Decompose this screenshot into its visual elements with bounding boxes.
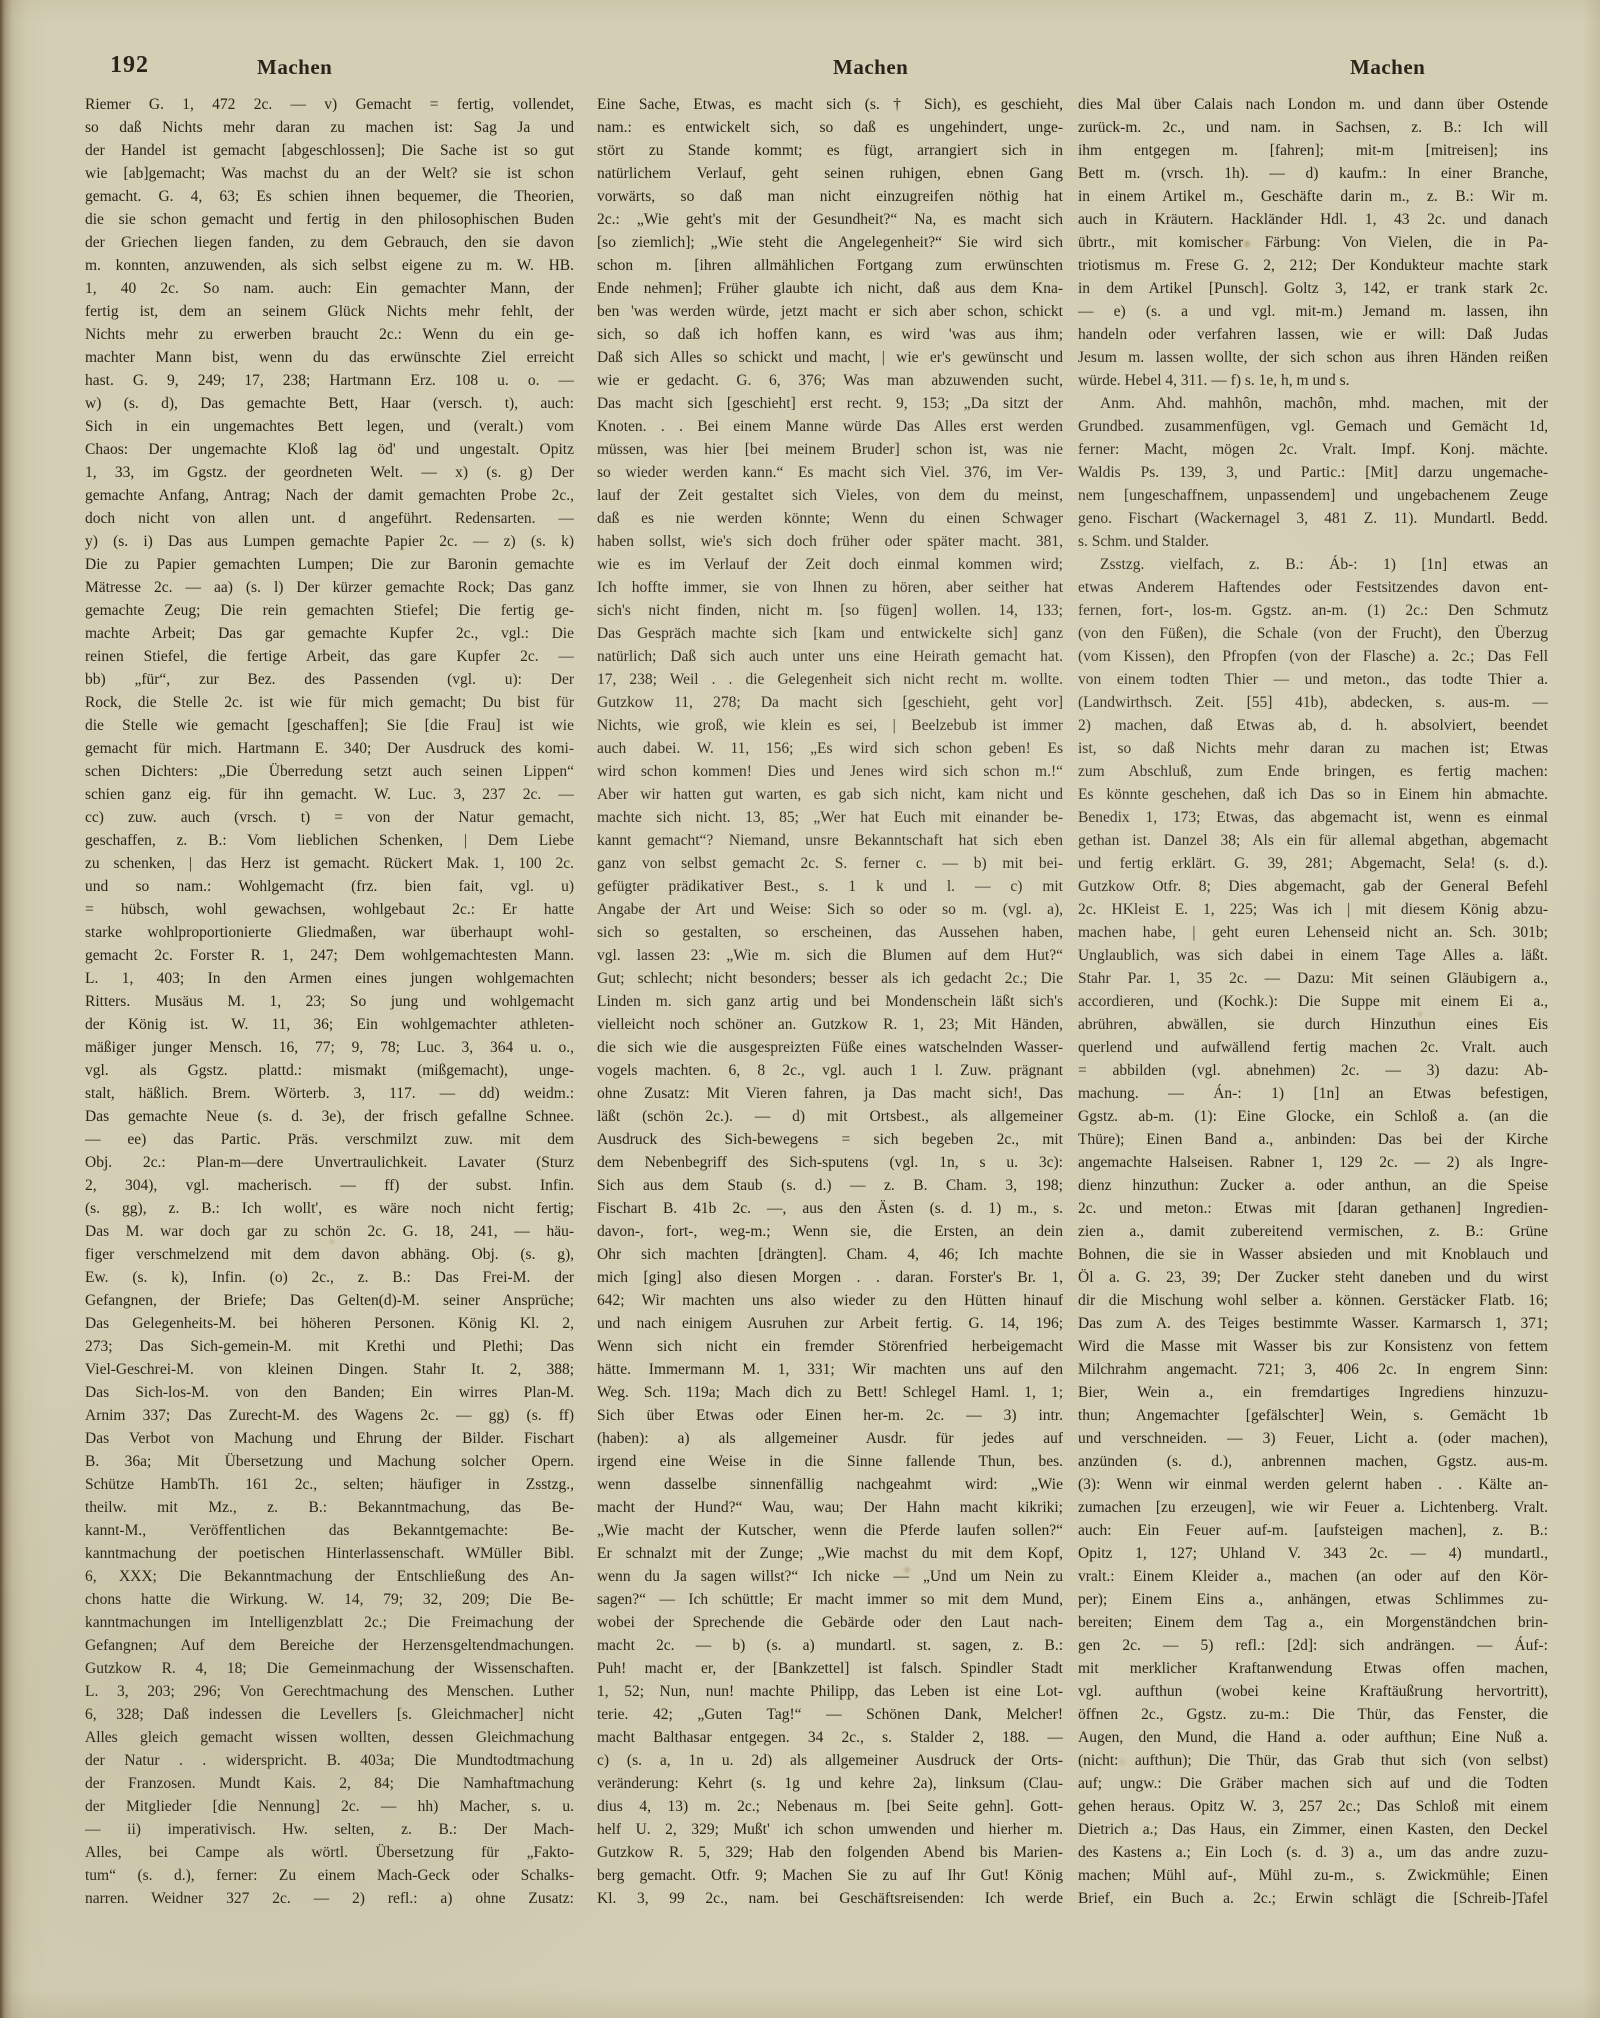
text-line: mich [ging] also diesen Morgen . . daran… bbox=[597, 1266, 1063, 1289]
text-line: — ii) imperativisch. Hw. selten, z. B.: … bbox=[85, 1818, 574, 1841]
running-title-column-3: Machen bbox=[1350, 55, 1425, 80]
text-line: Das Gespräch machte sich [kam und entwic… bbox=[597, 622, 1063, 645]
text-line: Puh! macht er, der [Bankzettel] ist fals… bbox=[597, 1657, 1063, 1680]
text-line: (nicht: aufthun); Die Thür, das Grab thu… bbox=[1078, 1749, 1548, 1772]
text-line: 6, XXX; Die Bekanntmachung der Entschlie… bbox=[85, 1565, 574, 1588]
text-line: gemachte Zeug; Die rein gemachten Stiefe… bbox=[85, 599, 574, 622]
text-line: Wenn sich nicht ein fremder Störenfried … bbox=[597, 1335, 1063, 1358]
text-line: cc) zuw. auch (vrsch. t) = von der Natur… bbox=[85, 806, 574, 829]
text-line: ihm entgegen m. [fahren]; mit-m [mitreis… bbox=[1078, 139, 1548, 162]
text-line: Arnim 337; Das Zurecht-M. des Wagens 2c.… bbox=[85, 1404, 574, 1427]
text-line: Brief, ein Buch a. 2c.; Erwin schlägt di… bbox=[1078, 1887, 1548, 1910]
text-line: zum Abschluß, zum Ende bringen, es ferti… bbox=[1078, 760, 1548, 783]
text-line: dem Nebenbegriff des Sich-sputens (vgl. … bbox=[597, 1151, 1063, 1174]
text-line: Benedix 1, 173; Etwas, das abgemacht ist… bbox=[1078, 806, 1548, 829]
text-line: wobei der Sprechende die Gebärde oder de… bbox=[597, 1611, 1063, 1634]
text-line: wenn du Ja sagen willst?“ Ich nicke — „U… bbox=[597, 1565, 1063, 1588]
text-line: und fertig erklärt. G. 39, 281; Abgemach… bbox=[1078, 852, 1548, 875]
text-line: per); Einem Eins a., anhängen, etwas Sch… bbox=[1078, 1588, 1548, 1611]
text-line: Daß sich Alles so schickt und macht, | w… bbox=[597, 346, 1063, 369]
text-column-1: Riemer G. 1, 472 2c. — v) Gemacht = fert… bbox=[85, 93, 574, 1910]
text-line: dius 4, 13) m. 2c.; Nebenaus m. [bei Sei… bbox=[597, 1795, 1063, 1818]
text-line: Waldis Ps. 139, 3, und Partic.: [Mit] da… bbox=[1078, 461, 1548, 484]
text-line: müssen, was hier [bei meinem Bruder] sch… bbox=[597, 438, 1063, 461]
text-line: Eine Sache, Etwas, es macht sich (s. † S… bbox=[597, 93, 1063, 116]
text-line: hätte. Immermann M. 1, 331; Wir machten … bbox=[597, 1358, 1063, 1381]
text-line: Gutzkow R. 5, 329; Hab den folgenden Abe… bbox=[597, 1841, 1063, 1864]
text-line: auch dabei. W. 11, 156; „Es wird sich sc… bbox=[597, 737, 1063, 760]
text-line: Ausdruck des Sich-bewegens = sich begebe… bbox=[597, 1128, 1063, 1151]
text-line: Ew. (s. k), Infin. (o) 2c., z. B.: Das F… bbox=[85, 1266, 574, 1289]
text-line: Milchrahm angemacht. 721; 3, 406 2c. In … bbox=[1078, 1358, 1548, 1381]
text-line: Ritters. Musäus M. 1, 23; So jung und wo… bbox=[85, 990, 574, 1013]
text-line: die sich wie die ausgespreizten Füße ein… bbox=[597, 1036, 1063, 1059]
text-line: würde. Hebel 4, 311. — f) s. 1e, h, m un… bbox=[1078, 369, 1548, 392]
text-line: = hübsch, wohl gewachsen, wohlgebaut 2c.… bbox=[85, 898, 574, 921]
text-line: wenn dasselbe sinnenfällig nachgeahmt wi… bbox=[597, 1473, 1063, 1496]
text-line: L. 3, 203; 296; Von Gerechtmachung des M… bbox=[85, 1680, 574, 1703]
text-line: auch: Ein Feuer auf-m. [aufsteigen mache… bbox=[1078, 1519, 1548, 1542]
text-line: Ggstz. ab-m. (1): Eine Glocke, ein Schlo… bbox=[1078, 1105, 1548, 1128]
text-line: schien ganz eig. für ihn gemacht. W. Luc… bbox=[85, 783, 574, 806]
text-line: öffnen 2c., Ggstz. zu-m.: Die Thür, das … bbox=[1078, 1703, 1548, 1726]
text-line: Kl. 3, 99 2c., nam. bei Geschäftsreisend… bbox=[597, 1887, 1063, 1910]
text-line: Aber wir hatten gut warten, es gab sich … bbox=[597, 783, 1063, 806]
text-line: daß es nie werden könnte; Wenn du einen … bbox=[597, 507, 1063, 530]
text-line: fernen, fort-, los-m. Ggstz. an-m. (1) 2… bbox=[1078, 599, 1548, 622]
text-line: die sie schon gemacht und fertig in den … bbox=[85, 208, 574, 231]
text-line: gemacht. G. 4, 63; Es schien ihnen beque… bbox=[85, 185, 574, 208]
text-line: gefügter prädikativer Best., s. 1 k und … bbox=[597, 875, 1063, 898]
text-line: der König ist. W. 11, 36; Ein wohlgemach… bbox=[85, 1013, 574, 1036]
text-line: irgend eine Weise in die Sinne fallende … bbox=[597, 1450, 1063, 1473]
text-line: Obj. 2c.: Plan-m—dere Unvertraulichkeit.… bbox=[85, 1151, 574, 1174]
text-line: Nichts mehr zu erwerben braucht 2c.: Wen… bbox=[85, 323, 574, 346]
text-line: (Landwirthsch. Zeit. [55] 41b), abdecken… bbox=[1078, 691, 1548, 714]
text-line: narren. Weidner 327 2c. — 2) refl.: a) o… bbox=[85, 1887, 574, 1910]
text-line: Schütze HambTh. 161 2c., selten; häufige… bbox=[85, 1473, 574, 1496]
text-line: Jesum m. lassen wollte, der sich schon a… bbox=[1078, 346, 1548, 369]
text-line: accordieren, und (Kochk.): Die Suppe mit… bbox=[1078, 990, 1548, 1013]
text-line: ganz von selbst gemacht 2c. S. ferner c.… bbox=[597, 852, 1063, 875]
text-line: (haben): a) als allgemeiner Ausdr. für j… bbox=[597, 1427, 1063, 1450]
text-line: auf; ungw.: Die Gräber machen sich auf u… bbox=[1078, 1772, 1548, 1795]
text-line: (vom Kissen), den Pfropfen (von der Flas… bbox=[1078, 645, 1548, 668]
text-line: nam.: es entwickelt sich, so daß es unge… bbox=[597, 116, 1063, 139]
text-line: dies Mal über Calais nach London m. und … bbox=[1078, 93, 1548, 116]
text-line: handeln oder verfahren lassen, wie er wi… bbox=[1078, 323, 1548, 346]
text-line: sich, so daß ich hoffen kann, es wird 'w… bbox=[597, 323, 1063, 346]
text-line: Gut; schlecht; nicht besonders; besser a… bbox=[597, 967, 1063, 990]
text-line: gen 2c. — 5) refl.: [2d]: sich andrängen… bbox=[1078, 1634, 1548, 1657]
text-line: haben sollst, wie's sich doch früher ode… bbox=[597, 530, 1063, 553]
text-line: 2) machen, daß Etwas ab, d. h. absolvier… bbox=[1078, 714, 1548, 737]
text-line: in dem Artikel [Punsch]. Goltz 3, 142, e… bbox=[1078, 277, 1548, 300]
text-line: thun; Angemachter [gefälschter] Wein, s.… bbox=[1078, 1404, 1548, 1427]
text-line: Opitz 1, 127; Uhland V. 343 2c. — 4) mun… bbox=[1078, 1542, 1548, 1565]
text-line: m. konnten, anzuwenden, als sich selbst … bbox=[85, 254, 574, 277]
text-line: Viel-Geschrei-M. von kleinen Dingen. Sta… bbox=[85, 1358, 574, 1381]
text-line: des Kastens a.; Ein Loch (s. d. 3) a., u… bbox=[1078, 1841, 1548, 1864]
text-line: zu schenken, | das Herz ist gemacht. Rüc… bbox=[85, 852, 574, 875]
text-line: und nach einigem Ausruhen zur Arbeit fer… bbox=[597, 1312, 1063, 1335]
text-line: y) (s. i) Das aus Lumpen gemachte Papier… bbox=[85, 530, 574, 553]
text-line: figer verschmelzend mit dem davon abhäng… bbox=[85, 1243, 574, 1266]
text-line: macht 2c. — b) (s. a) mundartl. st. sage… bbox=[597, 1634, 1063, 1657]
text-line: s. Schm. und Stalder. bbox=[1078, 530, 1548, 553]
text-line: Bohnen, die sie in Wasser absieden und m… bbox=[1078, 1243, 1548, 1266]
text-line: Chaos: Der ungemachte Kloß lag öd' und u… bbox=[85, 438, 574, 461]
text-line: und verschneiden. — 3) Feuer, Licht a. (… bbox=[1078, 1427, 1548, 1450]
text-line: Zsstzg. vielfach, z. B.: Áb-: 1) [1n] et… bbox=[1078, 553, 1548, 576]
text-line: machte Arbeit; Das gar gemachte Kupfer 2… bbox=[85, 622, 574, 645]
text-line: nem [ungeschaffnem, unpassendem] und ung… bbox=[1078, 484, 1548, 507]
text-line: kanntmachungen im Intelligenzblatt 2c.; … bbox=[85, 1611, 574, 1634]
text-line: machen habe, | geht euren Lehenseid nich… bbox=[1078, 921, 1548, 944]
text-line: davon-, fort-, weg-m.; Wenn sie, die Ers… bbox=[597, 1220, 1063, 1243]
text-line: vorwärts, so daß man nicht einzugreifen … bbox=[597, 185, 1063, 208]
text-line: — e) (s. a und vgl. mit-m.) Jemand m. la… bbox=[1078, 300, 1548, 323]
text-line: lauf der Zeit gestaltet sich Vieles, von… bbox=[597, 484, 1063, 507]
running-title-column-2: Machen bbox=[833, 55, 908, 80]
text-line: Öl a. G. 23, 39; Der Zucker steht danebe… bbox=[1078, 1266, 1548, 1289]
page-number: 192 bbox=[110, 52, 149, 79]
text-line: B. 36a; Mit Übersetzung und Machung solc… bbox=[85, 1450, 574, 1473]
text-line: der Handel ist gemacht [abgeschlossen]; … bbox=[85, 139, 574, 162]
text-line: Bett m. (vrsch. 1h). — d) kaufm.: In ein… bbox=[1078, 162, 1548, 185]
text-line: Sich über Etwas oder Einen her-m. 2c. — … bbox=[597, 1404, 1063, 1427]
text-line: vgl. lassen 23: „Wie m. sich die Blumen … bbox=[597, 944, 1063, 967]
text-line: chons hatte die Wirkung. W. 14, 79; 32, … bbox=[85, 1588, 574, 1611]
text-line: gehen heraus. Opitz W. 3, 257 2c.; Das S… bbox=[1078, 1795, 1548, 1818]
running-title-column-1: Machen bbox=[257, 55, 332, 80]
text-line: ist, so daß Nichts mehr daran zu machen … bbox=[1078, 737, 1548, 760]
text-line: Gutzkow 11, 278; Da macht sich [geschieh… bbox=[597, 691, 1063, 714]
text-line: fertig ist, dem an seinem Glück Nichts m… bbox=[85, 300, 574, 323]
text-line: [so ziemlich]; „Wie steht die Angelegenh… bbox=[597, 231, 1063, 254]
text-line: Anm. Ahd. mahhôn, machôn, mhd. machen, m… bbox=[1078, 392, 1548, 415]
text-line: Die zu Papier gemachten Lumpen; Die zur … bbox=[85, 553, 574, 576]
text-line: wird schon kommen! Dies und Jenes wird s… bbox=[597, 760, 1063, 783]
text-line: der Mitglieder [die Nennung] 2c. — hh) M… bbox=[85, 1795, 574, 1818]
text-line: Stahr Par. 1, 35 2c. — Dazu: Mit seinen … bbox=[1078, 967, 1548, 990]
text-line: wie er gedacht. G. 6, 376; Was man abzuw… bbox=[597, 369, 1063, 392]
text-line: der Griechen liegen fanden, zu dem Gebra… bbox=[85, 231, 574, 254]
text-line: vralt.: Einem Kleider a., machen (an ode… bbox=[1078, 1565, 1548, 1588]
text-line: Das gemachte Neue (s. d. 3e), der frisch… bbox=[85, 1105, 574, 1128]
text-line: (s. gg), z. B.: Ich wollt', es wäre noch… bbox=[85, 1197, 574, 1220]
text-line: abrühren, abwällen, sie durch Hinzuthun … bbox=[1078, 1013, 1548, 1036]
text-line: Knoten. . . Bei einem Manne würde Das Al… bbox=[597, 415, 1063, 438]
text-line: Es könnte geschehen, daß ich Das so in E… bbox=[1078, 783, 1548, 806]
text-line: so daß Nichts mehr daran zu machen ist: … bbox=[85, 116, 574, 139]
text-line: Dietrich a.; Das Haus, ein Zimmer, einen… bbox=[1078, 1818, 1548, 1841]
text-line: Ich hoffte immer, sie von Ihnen zu hören… bbox=[597, 576, 1063, 599]
text-line: Das M. war doch gar zu schön 2c. G. 18, … bbox=[85, 1220, 574, 1243]
text-line: Alles gleich gemacht wissen wollten, des… bbox=[85, 1726, 574, 1749]
text-line: 2, 304), vgl. macherisch. — ff) der subs… bbox=[85, 1174, 574, 1197]
text-line: 2c. HKleist E. 1, 225; Was ich | mit die… bbox=[1078, 898, 1548, 921]
text-line: triotismus m. Frese G. 2, 212; Der Kondu… bbox=[1078, 254, 1548, 277]
text-line: ferner: Macht, mögen 2c. Vralt. Impf. Ko… bbox=[1078, 438, 1548, 461]
text-line: tum“ (s. d.), ferner: Zu einem Mach-Geck… bbox=[85, 1864, 574, 1887]
text-line: angemachte Halseisen. Rabner 1, 129 2c. … bbox=[1078, 1151, 1548, 1174]
text-line: Das zum A. des Teiges bestimmte Wasser. … bbox=[1078, 1312, 1548, 1335]
text-line: macht Balthasar entgegen. 34 2c., s. Sta… bbox=[597, 1726, 1063, 1749]
text-line: geschaffen, z. B.: Vom lieblichen Schenk… bbox=[85, 829, 574, 852]
text-line: w) (s. d), Das gemachte Bett, Haar (vers… bbox=[85, 392, 574, 415]
text-line: 273; Das Sich-gemein-M. mit Krethi und P… bbox=[85, 1335, 574, 1358]
text-line: helf U. 2, 329; Mußt' ich schon umwenden… bbox=[597, 1818, 1063, 1841]
text-column-3: dies Mal über Calais nach London m. und … bbox=[1078, 93, 1548, 1910]
text-line: „Wie macht der Kutscher, wenn die Pferde… bbox=[597, 1519, 1063, 1542]
text-line: 2c. und meton.: Etwas mit [daran gethane… bbox=[1078, 1197, 1548, 1220]
text-line: 1, 33, im Ggstz. der geordneten Welt. — … bbox=[85, 461, 574, 484]
text-line: Das Sich-los-M. von den Banden; Ein wirr… bbox=[85, 1381, 574, 1404]
text-line: Thüre); Einen Band a., anbinden: Das bei… bbox=[1078, 1128, 1548, 1151]
text-line: gethan ist. Danzel 38; Als ein für allem… bbox=[1078, 829, 1548, 852]
text-line: Weg. Sch. 119a; Mach dich zu Bett! Schle… bbox=[597, 1381, 1063, 1404]
text-line: 6, 328; Daß indessen die Levellers [s. G… bbox=[85, 1703, 574, 1726]
text-line: machte sich nicht. 13, 85; „Wer hat Euch… bbox=[597, 806, 1063, 829]
text-line: Ende nehmen]; Früher glaubte ich nicht, … bbox=[597, 277, 1063, 300]
text-line: hast. G. 9, 249; 17, 238; Hartmann Erz. … bbox=[85, 369, 574, 392]
text-line: in einem Artikel m., Geschäfte darin m.,… bbox=[1078, 185, 1548, 208]
text-line: L. 1, 403; In den Armen eines jungen woh… bbox=[85, 967, 574, 990]
text-line: (von den Füßen), die Schale (von der Fru… bbox=[1078, 622, 1548, 645]
text-line: ben 'was werden würde, jetzt macht er si… bbox=[597, 300, 1063, 323]
text-line: bb) „für“, zur Bez. des Passenden (vgl. … bbox=[85, 668, 574, 691]
text-line: querlend und aufwällend fertig machen 2c… bbox=[1078, 1036, 1548, 1059]
text-line: sich's nicht finden, nicht m. [so fügen]… bbox=[597, 599, 1063, 622]
text-line: kanntmachung der poetischen Hinterlassen… bbox=[85, 1542, 574, 1565]
text-line: schon m. [ihren allmählichen Fortgang zu… bbox=[597, 254, 1063, 277]
text-line: so wieder werden kann.“ Es macht sich Vi… bbox=[597, 461, 1063, 484]
text-line: machter Mann bist, wenn du das erwünscht… bbox=[85, 346, 574, 369]
text-line: zurück-m. 2c., und nam. in Sachsen, z. B… bbox=[1078, 116, 1548, 139]
text-line: Augen, den Mund, die Hand a. oder aufthu… bbox=[1078, 1726, 1548, 1749]
text-line: Fischart B. 41b 2c. —, aus den Ästen (s.… bbox=[597, 1197, 1063, 1220]
text-line: vgl. als Ggstz. plattd.: mismakt (mißgem… bbox=[85, 1059, 574, 1082]
text-line: kannt gemacht“? Niemand, unsre Bekanntsc… bbox=[597, 829, 1063, 852]
text-line: bereiten; Einem dem Tag a., ein Morgenst… bbox=[1078, 1611, 1548, 1634]
text-line: wie [ab]gemacht; Was machst du an der We… bbox=[85, 162, 574, 185]
text-line: Sich aus dem Staub (s. d.) — z. B. Cham.… bbox=[597, 1174, 1063, 1197]
text-line: Gutzkow R. 4, 18; Die Gemeinmachung der … bbox=[85, 1657, 574, 1680]
text-line: dienz hinzuthun: Zucker a. oder anthun, … bbox=[1078, 1174, 1548, 1197]
text-line: veränderung: Kehrt (s. 1g und kehre 2a),… bbox=[597, 1772, 1063, 1795]
text-line: Alles, bei Campe als wörtl. Übersetzung … bbox=[85, 1841, 574, 1864]
text-line: 1, 40 2c. So nam. auch: Ein gemachter Ma… bbox=[85, 277, 574, 300]
text-line: von einem todten Thier — und meton., das… bbox=[1078, 668, 1548, 691]
text-line: stört zu Stande kommt; es fügt, arrangie… bbox=[597, 139, 1063, 162]
text-line: Ohr sich machten [drängten]. Cham. 4, 46… bbox=[597, 1243, 1063, 1266]
text-line: Gutzkow Otfr. 8; Dies abgemacht, gab der… bbox=[1078, 875, 1548, 898]
text-line: berg gemacht. Otfr. 9; Machen Sie zu auf… bbox=[597, 1864, 1063, 1887]
text-line: etwas Anderem Haftendes oder Festsitzend… bbox=[1078, 576, 1548, 599]
text-line: der Natur . . widerspricht. B. 403a; Die… bbox=[85, 1749, 574, 1772]
text-line: Wird die Masse mit Wasser bis zur Konsis… bbox=[1078, 1335, 1548, 1358]
text-line: die Stelle wie gemacht [geschaffen]; Sie… bbox=[85, 714, 574, 737]
text-line: starke wohlproportionierte Gliedmaßen, w… bbox=[85, 921, 574, 944]
text-line: anzünden (s. d.), anbrennen machen, Ggst… bbox=[1078, 1450, 1548, 1473]
dictionary-page-scan: 192 Machen Machen Machen Riemer G. 1, 47… bbox=[0, 0, 1600, 2018]
text-line: sagen?“ — Ich schüttle; Er macht immer s… bbox=[597, 1588, 1063, 1611]
text-line: wie es im Verlauf der Zeit doch einmal k… bbox=[597, 553, 1063, 576]
text-line: Das Verbot von Machung und Ehrung der Bi… bbox=[85, 1427, 574, 1450]
text-line: zumachen [zu erzeugen], wie wir Feuer a.… bbox=[1078, 1496, 1548, 1519]
text-line: doch nicht von allen unt. d angeführt. R… bbox=[85, 507, 574, 530]
text-line: natürlich; Daß sich auch unter uns eine … bbox=[597, 645, 1063, 668]
text-line: — ee) das Partic. Präs. verschmilzt zuw.… bbox=[85, 1128, 574, 1151]
text-line: gemacht für mich. Hartmann E. 340; Der A… bbox=[85, 737, 574, 760]
text-line: Er schnalzt mit der Zunge; „Wie machst d… bbox=[597, 1542, 1063, 1565]
text-column-2: Eine Sache, Etwas, es macht sich (s. † S… bbox=[597, 93, 1063, 1910]
text-line: mit merklicher Kraftanwendung Etwas offe… bbox=[1078, 1657, 1548, 1680]
text-line: Angabe der Art und Weise: Sich so oder s… bbox=[597, 898, 1063, 921]
text-line: ohne Zusatz: Mit Vieren fahren, ja Das m… bbox=[597, 1082, 1063, 1105]
text-line: Grundbed. zusammenfügen, vgl. Gemach und… bbox=[1078, 415, 1548, 438]
text-line: = abbilden (vgl. abnehmen) 2c. — 3) dazu… bbox=[1078, 1059, 1548, 1082]
text-line: macht der Hund?“ Wau, wau; Der Hahn mach… bbox=[597, 1496, 1063, 1519]
text-line: Linden m. sich ganz artig und bei Monden… bbox=[597, 990, 1063, 1013]
text-line: 642; Wir machten uns also wieder zu den … bbox=[597, 1289, 1063, 1312]
text-line: vgl. aufthun (wobei keine Kraftäußrung h… bbox=[1078, 1680, 1548, 1703]
text-line: sich so gestalten, so erscheinen, das Au… bbox=[597, 921, 1063, 944]
text-line: stalt, häßlich. Brem. Wörterb. 3, 117. —… bbox=[85, 1082, 574, 1105]
text-line: Nichts, wie groß, wie klein es sei, | Be… bbox=[597, 714, 1063, 737]
text-line: Sich in ein ungemachtes Bett legen, und … bbox=[85, 415, 574, 438]
text-line: Unglaublich, was sich dabei in einem Tag… bbox=[1078, 944, 1548, 967]
text-line: Riemer G. 1, 472 2c. — v) Gemacht = fert… bbox=[85, 93, 574, 116]
text-line: Das macht sich [geschieht] erst recht. 9… bbox=[597, 392, 1063, 415]
text-line: mäßiger junger Mensch. 16, 77; 9, 78; Lu… bbox=[85, 1036, 574, 1059]
text-line: (3): Wenn wir einmal werden gelernt habe… bbox=[1078, 1473, 1548, 1496]
text-line: 1, 52; Nun, nun! machte Philipp, das Leb… bbox=[597, 1680, 1063, 1703]
text-line: Bier, Wein a., ein fremdartiges Ingredie… bbox=[1078, 1381, 1548, 1404]
text-line: geno. Fischart (Wackernagel 3, 481 Z. 11… bbox=[1078, 507, 1548, 530]
text-line: theilw. mit Mz., z. B.: Bekanntmachung, … bbox=[85, 1496, 574, 1519]
text-line: läßt (schön 2c.). — d) mit Ortsbest., al… bbox=[597, 1105, 1063, 1128]
text-line: Gefangnen, der Briefe; Das Gelten(d)-M. … bbox=[85, 1289, 574, 1312]
text-line: Mätresse 2c. — aa) (s. l) Der kürzer gem… bbox=[85, 576, 574, 599]
text-line: c) (s. a, 1n u. 2d) als allgemeiner Ausd… bbox=[597, 1749, 1063, 1772]
text-line: Das Gelegenheits-M. bei höheren Personen… bbox=[85, 1312, 574, 1335]
text-line: schen Dichters: „Die Überredung setzt au… bbox=[85, 760, 574, 783]
text-line: Gefangnen; Auf dem Bereiche der Herzensg… bbox=[85, 1634, 574, 1657]
text-line: kannt-M., Veröffentlichen das Bekanntgem… bbox=[85, 1519, 574, 1542]
text-line: vielleicht noch schöner an. Gutzkow R. 1… bbox=[597, 1013, 1063, 1036]
text-line: übrtr., mit komischer Färbung: Von Viele… bbox=[1078, 231, 1548, 254]
text-line: 2c.: „Wie geht's mit der Gesundheit?“ Na… bbox=[597, 208, 1063, 231]
text-line: gemachte Anfang, Antrag; Nach der damit … bbox=[85, 484, 574, 507]
text-line: machung. — Án-: 1) [1n] an Etwas befesti… bbox=[1078, 1082, 1548, 1105]
text-line: gemacht 2c. Forster R. 1, 247; Dem wohlg… bbox=[85, 944, 574, 967]
text-line: vogels machten. 6, 8 2c., vgl. auch 1 l.… bbox=[597, 1059, 1063, 1082]
text-line: 17, 238; Weil . . die Gelegenheit sich n… bbox=[597, 668, 1063, 691]
text-line: zien a., damit zubereitend vermischen, z… bbox=[1078, 1220, 1548, 1243]
text-line: dir die Mischung wohl selber a. können. … bbox=[1078, 1289, 1548, 1312]
text-line: machen; Mühl auf-, Mühl zu-m., s. Zwickm… bbox=[1078, 1864, 1548, 1887]
text-line: der Franzosen. Mundt Kais. 2, 84; Die Na… bbox=[85, 1772, 574, 1795]
text-line: terie. 42; „Guten Tag!“ — Schönen Dank, … bbox=[597, 1703, 1063, 1726]
text-line: natürlichem Verlauf, geht seinen ruhigen… bbox=[597, 162, 1063, 185]
text-line: Rock, die Stelle 2c. ist wie für mich ge… bbox=[85, 691, 574, 714]
text-line: reinen Stiefel, die fertige Arbeit, das … bbox=[85, 645, 574, 668]
text-line: auch in Kräutern. Hackländer Hdl. 1, 43 … bbox=[1078, 208, 1548, 231]
text-line: und so nam.: Wohlgemacht (frz. bien fait… bbox=[85, 875, 574, 898]
